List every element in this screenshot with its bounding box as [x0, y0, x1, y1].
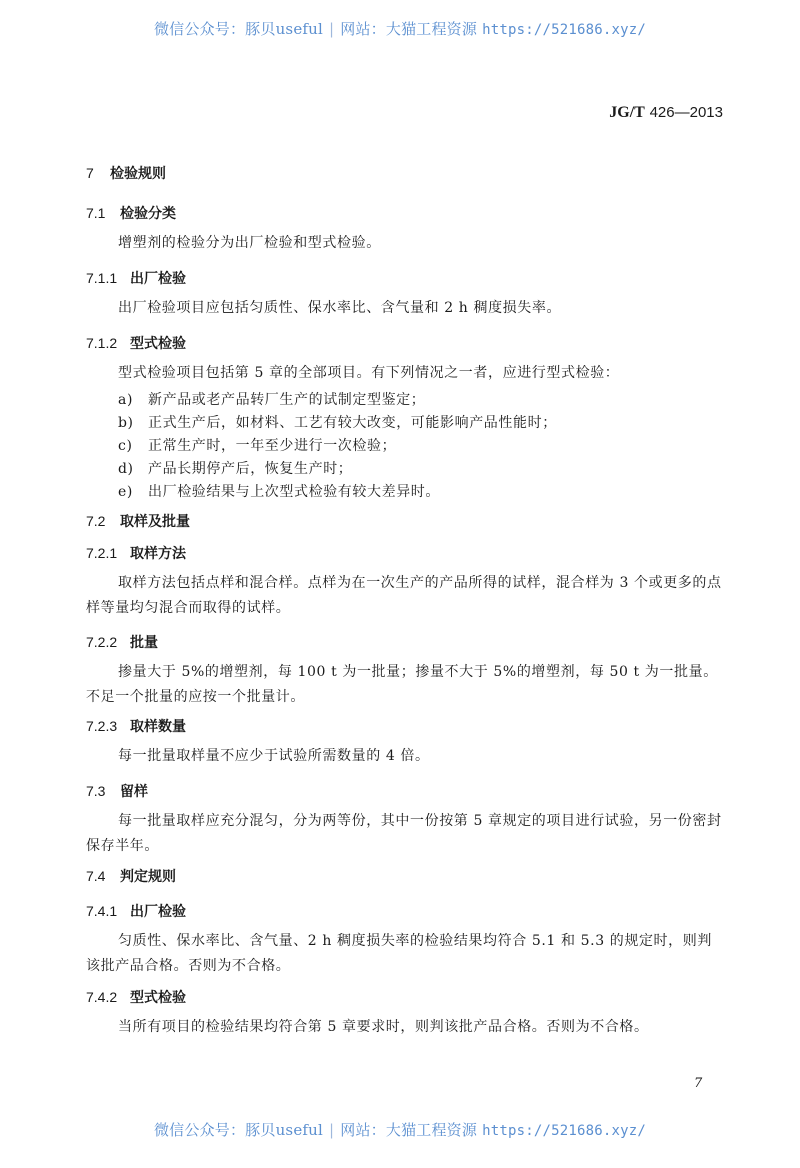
paragraph-7-1-1: 出厂检验项目应包括匀质性、保水率比、含气量和 2 h 稠度损失率。: [86, 296, 726, 321]
section-title: 取样及批量: [120, 514, 190, 530]
paragraph-7-2-1: 取样方法包括点样和混合样。点样为在一次生产的产品所得的试样，混合样为 3 个或更…: [86, 571, 726, 621]
section-heading-7-1: 7.1检验分类: [86, 203, 176, 223]
paragraph-7-2-3: 每一批量取样量不应少于试验所需数量的 4 倍。: [86, 744, 726, 769]
standard-code: JG/T 426—2013: [609, 103, 723, 122]
watermark-site: 网站：大猫工程资源: [340, 20, 477, 38]
paragraph-7-1: 增塑剂的检验分为出厂检验和型式检验。: [86, 231, 726, 256]
section-heading-7-4-1: 7.4.1出厂检验: [86, 901, 186, 921]
paragraph-7-4-1: 匀质性、保水率比、含气量、2 h 稠度损失率的检验结果均符合 5.1 和 5.3…: [86, 929, 726, 979]
list-text: 正式生产后，如材料、工艺有较大改变，可能影响产品性能时；: [148, 415, 557, 431]
section-heading-7-3: 7.3留样: [86, 781, 148, 801]
section-heading-7-2: 7.2取样及批量: [86, 511, 190, 531]
section-number: 7.2.3: [86, 718, 130, 734]
section-heading-7-1-1: 7.1.1出厂检验: [86, 268, 186, 288]
section-number: 7.1.1: [86, 270, 130, 286]
section-number: 7.2.1: [86, 545, 130, 561]
section-number: 7.3: [86, 783, 120, 799]
section-number: 7.2.2: [86, 634, 130, 650]
section-heading-7-2-2: 7.2.2批量: [86, 632, 158, 652]
section-number: 7.4: [86, 868, 120, 884]
section-title: 取样数量: [130, 719, 186, 735]
section-title: 型式检验: [130, 990, 186, 1006]
section-number: 7.1: [86, 205, 120, 221]
watermark-bottom: 微信公众号：豚贝useful|网站：大猫工程资源 https://521686.…: [0, 1119, 800, 1140]
section-heading-7-1-2: 7.1.2型式检验: [86, 333, 186, 353]
section-number: 7.1.2: [86, 335, 130, 351]
paragraph-7-3: 每一批量取样应充分混匀，分为两等份，其中一份按第 5 章规定的项目进行试验，另一…: [86, 809, 726, 859]
list-marker: d): [118, 461, 148, 477]
list-marker: b): [118, 415, 148, 431]
list-item: c)正常生产时，一年至少进行一次检验；: [118, 435, 396, 455]
watermark-separator: |: [329, 1121, 334, 1139]
list-marker: a): [118, 392, 148, 408]
list-item: d)产品长期停产后，恢复生产时；: [118, 458, 352, 478]
list-item: e)出厂检验结果与上次型式检验有较大差异时。: [118, 481, 440, 501]
watermark-top: 微信公众号：豚贝useful|网站：大猫工程资源 https://521686.…: [0, 18, 800, 39]
paragraph-7-1-2: 型式检验项目包括第 5 章的全部项目。有下列情况之一者，应进行型式检验：: [86, 361, 726, 386]
section-number: 7.4.2: [86, 989, 130, 1005]
list-text: 产品长期停产后，恢复生产时；: [148, 461, 352, 477]
section-heading-7-4-2: 7.4.2型式检验: [86, 987, 186, 1007]
section-number: 7.2: [86, 513, 120, 529]
standard-code-prefix: JG/T: [609, 104, 645, 121]
list-item: a)新产品或老产品转厂生产的试制定型鉴定；: [118, 389, 425, 409]
list-text: 正常生产时，一年至少进行一次检验；: [148, 438, 396, 454]
watermark-separator: |: [329, 20, 334, 38]
paragraph-7-2-2: 掺量大于 5%的增塑剂，每 100 t 为一批量；掺量不大于 5%的增塑剂，每 …: [86, 660, 726, 710]
section-heading-7-4: 7.4判定规则: [86, 866, 176, 886]
section-title: 型式检验: [130, 336, 186, 352]
list-item: b)正式生产后，如材料、工艺有较大改变，可能影响产品性能时；: [118, 412, 557, 432]
standard-code-number: 426—2013: [650, 104, 723, 121]
section-title: 批量: [130, 635, 158, 651]
list-marker: c): [118, 438, 148, 454]
watermark-site: 网站：大猫工程资源: [340, 1121, 477, 1139]
watermark-wechat: 微信公众号：豚贝useful: [154, 1121, 323, 1139]
watermark-url[interactable]: https://521686.xyz/: [482, 1123, 646, 1139]
section-title: 检验分类: [120, 206, 176, 222]
section-heading-7-2-1: 7.2.1取样方法: [86, 543, 186, 563]
list-text: 新产品或老产品转厂生产的试制定型鉴定；: [148, 392, 425, 408]
section-title: 检验规则: [110, 166, 166, 182]
page-number: 7: [694, 1076, 702, 1091]
section-title: 判定规则: [120, 869, 176, 885]
paragraph-7-4-2: 当所有项目的检验结果均符合第 5 章要求时，则判该批产品合格。否则为不合格。: [86, 1015, 726, 1040]
section-number: 7: [86, 165, 110, 181]
section-title: 出厂检验: [130, 904, 186, 920]
section-number: 7.4.1: [86, 903, 130, 919]
list-marker: e): [118, 484, 148, 500]
section-heading-7-2-3: 7.2.3取样数量: [86, 716, 186, 736]
list-text: 出厂检验结果与上次型式检验有较大差异时。: [148, 484, 440, 500]
section-title: 取样方法: [130, 546, 186, 562]
watermark-wechat: 微信公众号：豚贝useful: [154, 20, 323, 38]
section-title: 出厂检验: [130, 271, 186, 287]
watermark-url[interactable]: https://521686.xyz/: [482, 22, 646, 38]
section-heading-7: 7检验规则: [86, 163, 166, 183]
section-title: 留样: [120, 784, 148, 800]
